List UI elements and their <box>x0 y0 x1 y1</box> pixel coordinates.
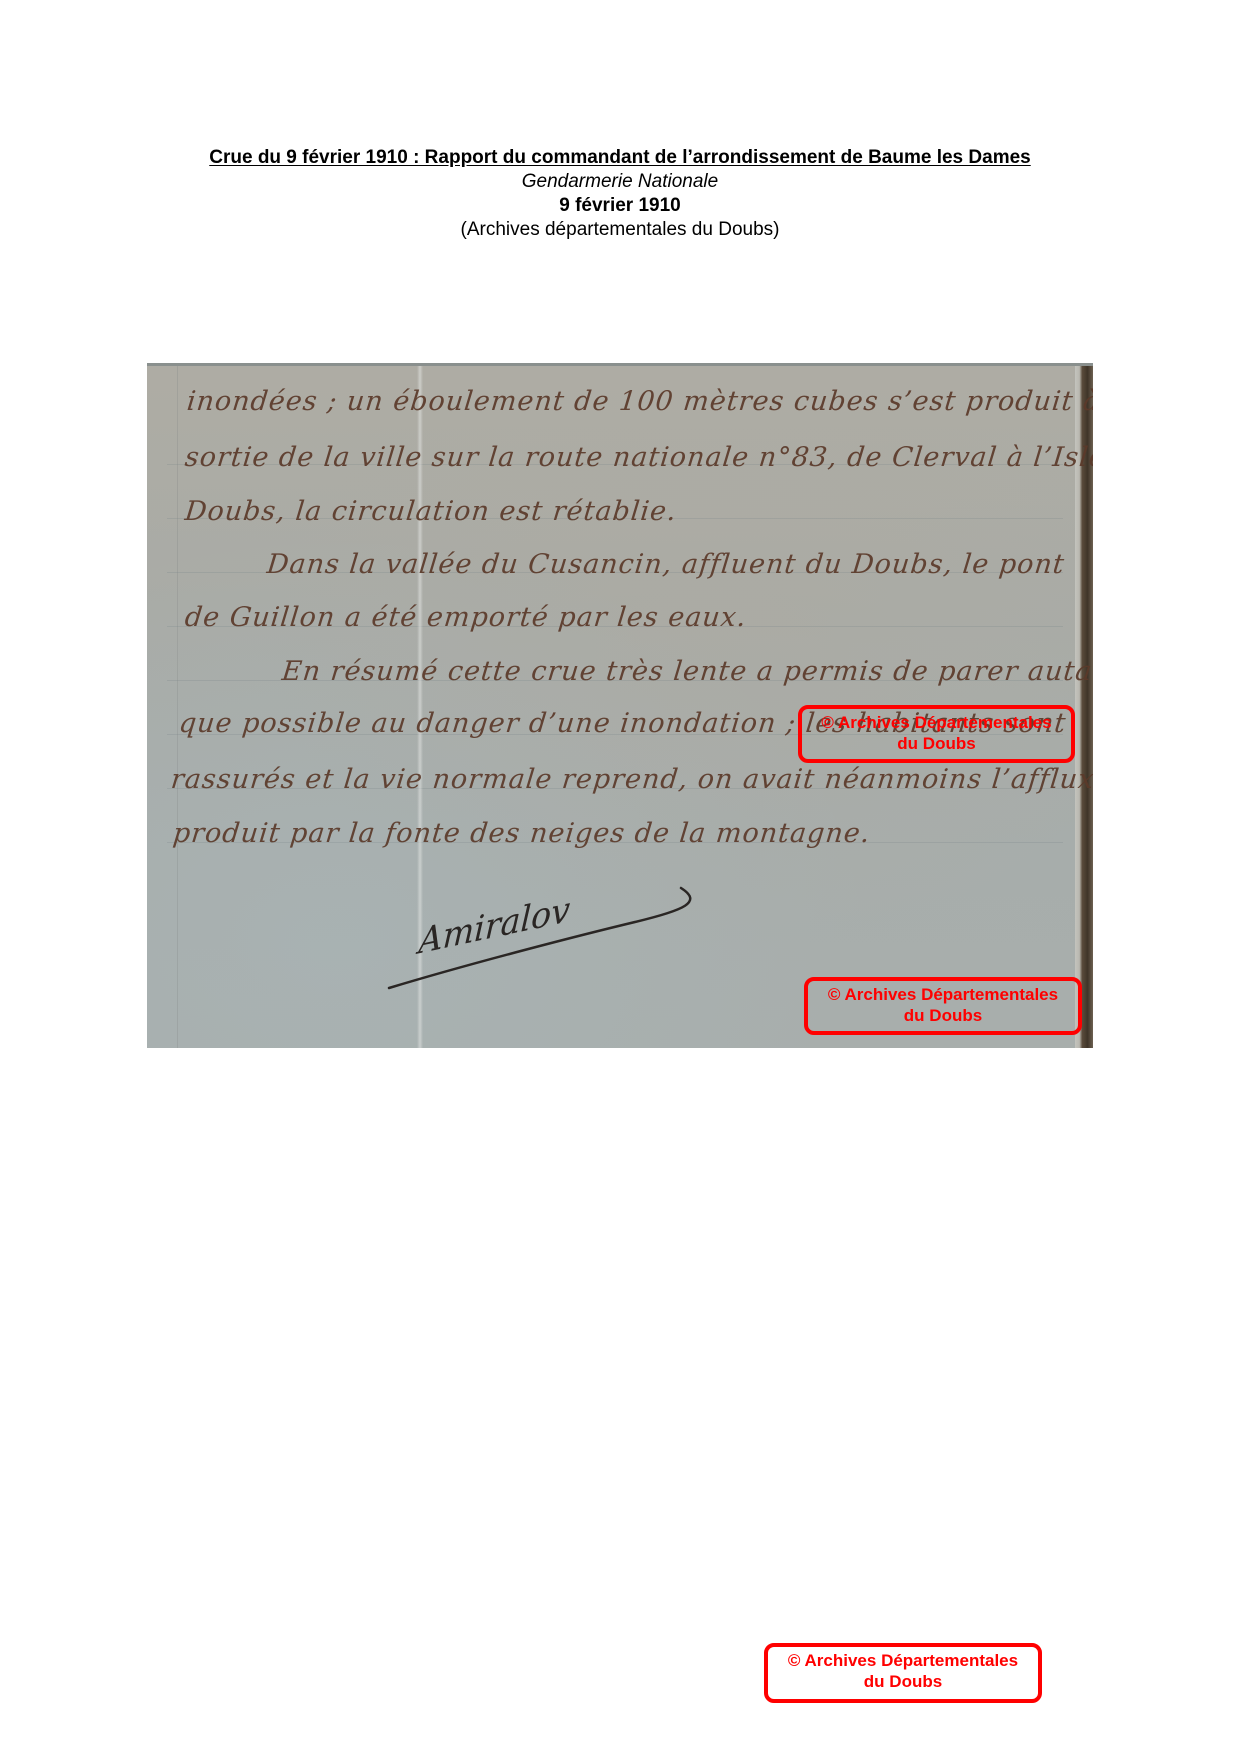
document-date: 9 février 1910 <box>0 194 1240 218</box>
margin-line <box>177 366 178 1048</box>
watermark-line-2: du Doubs <box>774 1671 1032 1692</box>
handwritten-line: Dans la vallée du Cusancin, affluent du … <box>265 549 1066 580</box>
document-subtitle: Gendarmerie Nationale <box>0 170 1240 194</box>
watermark-line-2: du Doubs <box>814 1005 1072 1026</box>
document-title: Crue du 9 février 1910 : Rapport du comm… <box>0 146 1240 170</box>
watermark-line-1: © Archives Départementales <box>808 712 1065 733</box>
handwritten-line: Doubs, la circulation est rétablie. <box>183 496 678 527</box>
handwritten-line: de Guillon a été emporté par les eaux. <box>183 602 748 633</box>
handwritten-line: En résumé cette crue très lente a permis… <box>280 656 1093 687</box>
copyright-watermark: © Archives Départementales du Doubs <box>804 977 1082 1035</box>
document-header: Crue du 9 février 1910 : Rapport du comm… <box>0 146 1240 242</box>
watermark-line-2: du Doubs <box>808 733 1065 754</box>
copyright-watermark: © Archives Départementales du Doubs <box>764 1643 1042 1703</box>
copyright-watermark: © Archives Départementales du Doubs <box>798 705 1075 763</box>
handwritten-line: sortie de la ville sur la route national… <box>183 442 1093 473</box>
handwritten-line: inondées ; un éboulement de 100 mètres c… <box>185 386 1093 417</box>
handwritten-line: produit par la fonte des neiges de la mo… <box>171 818 872 849</box>
handwritten-line: rassurés et la vie normale reprend, on a… <box>169 764 1093 795</box>
watermark-line-1: © Archives Départementales <box>814 984 1072 1005</box>
document-source: (Archives départementales du Doubs) <box>0 218 1240 242</box>
watermark-line-1: © Archives Départementales <box>774 1650 1032 1671</box>
